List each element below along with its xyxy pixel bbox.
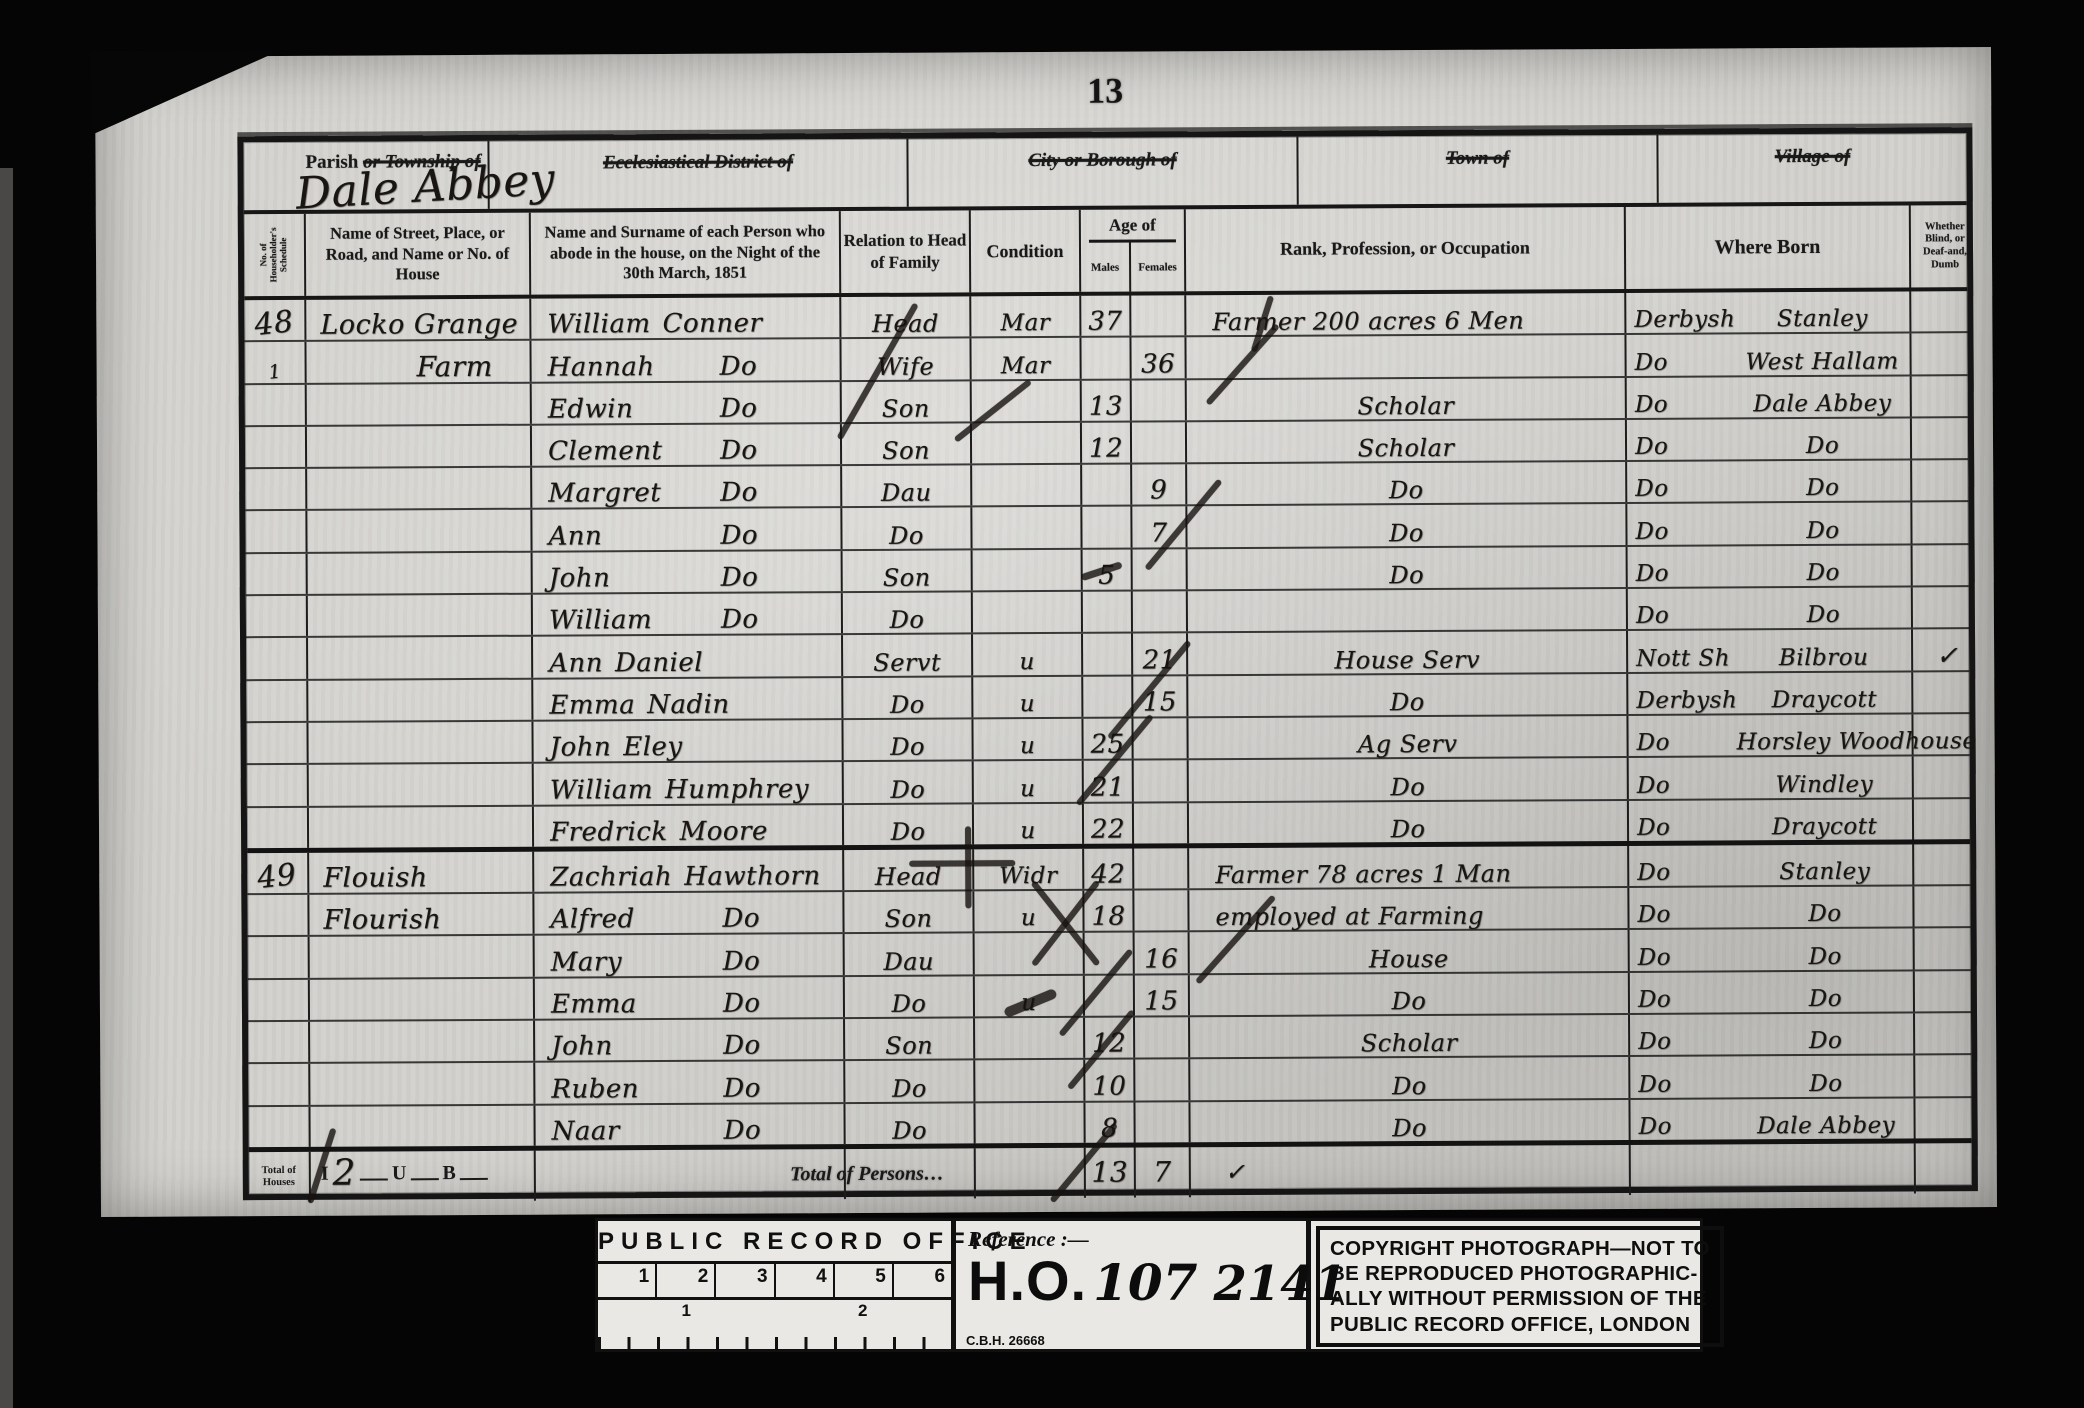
cell-address: Locko Grange xyxy=(306,299,531,340)
cell-age-male xyxy=(1082,465,1132,506)
film-edge xyxy=(0,168,13,1408)
inch-mark: 5 xyxy=(833,1264,892,1297)
cell-name: WilliamDo xyxy=(533,593,843,635)
cbh-number: C.B.H. 26668 xyxy=(966,1333,1045,1348)
cell-born: DoDo xyxy=(1627,503,1912,545)
cell-address xyxy=(310,1063,535,1104)
cell-name: EmmaDo xyxy=(535,977,845,1019)
cell-born: DoDo xyxy=(1630,1014,1915,1056)
cell-age-male: 25 xyxy=(1083,719,1133,760)
cell-address xyxy=(308,679,533,720)
cell-age-female: 16 xyxy=(1135,933,1190,974)
town-label: Town of xyxy=(1446,148,1509,170)
cell-relation: Wife xyxy=(841,339,971,380)
cell-occupation: Do xyxy=(1189,801,1629,844)
cell-age-male xyxy=(1082,507,1132,548)
building-letter: B xyxy=(442,1162,455,1185)
col-header-schedule: No. of Householder's Schedule xyxy=(244,214,306,296)
cell-address xyxy=(307,468,532,509)
cell-relation: Do xyxy=(844,762,974,803)
cell-schedule xyxy=(246,596,308,637)
cell-address xyxy=(310,978,535,1019)
col-header-females: Females xyxy=(1131,242,1184,291)
ruled-space xyxy=(360,1166,388,1180)
cell-address xyxy=(308,595,533,636)
cell-age-female xyxy=(1132,422,1187,463)
ruler-inches: 1 2 3 4 5 6 xyxy=(598,1261,951,1297)
cell-age-female: 9 xyxy=(1132,464,1187,505)
cell-schedule xyxy=(248,980,310,1021)
cell-born: DoDo xyxy=(1627,418,1912,460)
cell-remark xyxy=(1914,756,1982,797)
cell-remark xyxy=(1915,1013,1983,1054)
cell-remark xyxy=(1913,714,1981,755)
cell-born: DerbyshDraycott xyxy=(1628,672,1913,714)
cell-relation: Do xyxy=(845,976,975,1017)
cell-name: AnnDo xyxy=(532,509,842,551)
cell-relation: Do xyxy=(845,1061,975,1102)
cell-name: ZachriahHawthorn xyxy=(534,850,844,892)
cell-address xyxy=(310,936,535,977)
cell-age-male: 12 xyxy=(1082,422,1132,463)
cell-age-female xyxy=(1133,591,1188,632)
pro-reference-strip: PUBLIC RECORD OFFICE 1 2 3 4 5 6 1 2 Ref… xyxy=(595,1218,1703,1352)
cell-occupation: Do xyxy=(1190,1100,1630,1143)
cell-address xyxy=(310,1021,535,1062)
cell-relation: Son xyxy=(843,550,973,591)
cell-age-female xyxy=(1134,761,1189,802)
cell-name: ClementDo xyxy=(532,424,842,466)
cell-condition: u xyxy=(975,976,1085,1017)
cell-remark xyxy=(1912,460,1980,501)
col-header-name: Name and Surname of each Person who abod… xyxy=(531,211,841,295)
cell-remark xyxy=(1911,291,1979,332)
col-header-relation: Relation to Head of Family xyxy=(841,210,971,293)
totals-persons-label-cell: Total of Persons… xyxy=(536,1149,846,1201)
cell-occupation: Scholar xyxy=(1190,1015,1630,1058)
cell-name: WilliamConner xyxy=(531,297,841,339)
cell-occupation: Do xyxy=(1187,504,1627,547)
cell-remark xyxy=(1913,587,1981,628)
cell-condition: u xyxy=(974,803,1084,844)
cell-remark xyxy=(1915,929,1983,970)
cell-remark xyxy=(1913,545,1981,586)
totals-houses-values: I 2 U B xyxy=(311,1151,536,1202)
cell-schedule xyxy=(246,681,308,722)
column-header-row: No. of Householder's Schedule Name of St… xyxy=(244,205,1967,300)
district-label: Ecclesiastical District of xyxy=(603,151,793,174)
cell-address xyxy=(308,637,533,678)
cell-remark xyxy=(1914,844,1982,885)
cell-relation: Son xyxy=(844,892,974,933)
form-header-band: Parish or Township of Dale Abbey Ecclesi… xyxy=(243,133,1966,214)
cell-remark xyxy=(1912,376,1980,417)
cell-age-female xyxy=(1131,295,1186,336)
cell-relation: Dau xyxy=(845,934,975,975)
cell-remark xyxy=(1915,971,1983,1012)
cell-name: FredrickMoore xyxy=(534,805,844,847)
cell-condition xyxy=(972,423,1082,464)
cell-remark xyxy=(1914,799,1982,840)
cell-remark xyxy=(1912,503,1980,544)
copyright-line: ALLY WITHOUT PERMISSION OF THE xyxy=(1330,1286,1710,1311)
cell-age-male: 8 xyxy=(1085,1102,1135,1143)
cell-age-female: 36 xyxy=(1131,338,1186,379)
cell-occupation: Farmer 200 acres 6 Men xyxy=(1186,293,1626,336)
cell-name: RubenDo xyxy=(535,1061,845,1103)
cell-condition xyxy=(972,465,1082,506)
totals-check-cell: ✓ xyxy=(1191,1145,1631,1197)
parish-cell: Parish or Township of Dale Abbey xyxy=(243,141,489,210)
cell-age-female xyxy=(1135,1102,1190,1143)
ruled-space xyxy=(460,1166,488,1180)
cell-occupation xyxy=(1188,589,1628,632)
col-header-born: Where Born xyxy=(1626,205,1911,288)
census-page: 13 Parish or Township of Dale Abbey Eccl… xyxy=(95,47,1997,1217)
totals-houses-label: Total of Houses xyxy=(249,1152,311,1202)
cell-born: DoDo xyxy=(1630,1056,1915,1098)
cell-schedule xyxy=(247,895,309,936)
cell-schedule xyxy=(246,723,308,764)
reference-ho: H.O. xyxy=(968,1248,1087,1313)
cell-condition: Widr xyxy=(974,849,1084,890)
cell-born: DoDale Abbey xyxy=(1630,1098,1915,1140)
totals-females: 7 xyxy=(1136,1147,1191,1197)
pro-title: PUBLIC RECORD OFFICE xyxy=(598,1221,951,1261)
cell-remark xyxy=(1912,418,1980,459)
check-mark: ✓ xyxy=(1225,1160,1246,1184)
cell-name: EmmaNadin xyxy=(533,678,843,720)
cell-name: JohnDo xyxy=(533,551,843,593)
cell-born: Nott ShBilbrou xyxy=(1628,630,1913,672)
totals-relation-cell xyxy=(846,1148,976,1199)
cell-condition xyxy=(975,1060,1085,1101)
ruler-ticks xyxy=(598,1337,951,1352)
reference-piece: 2141 xyxy=(1214,1256,1348,1312)
cell-born: DoDo xyxy=(1629,887,1914,929)
cell-born: DoDo xyxy=(1628,545,1913,587)
cell-schedule xyxy=(245,427,307,468)
cell-born: DoDo xyxy=(1627,461,1912,503)
cell-occupation: Do xyxy=(1190,973,1630,1016)
cell-remark xyxy=(1915,1098,1983,1139)
cell-relation: Do xyxy=(843,677,973,718)
cell-condition xyxy=(973,550,1083,591)
cell-address: Flouish xyxy=(309,852,534,893)
city-label: City or Borough of xyxy=(1028,149,1176,172)
cell-occupation: Ag Serv xyxy=(1188,716,1628,759)
copyright-line: PUBLIC RECORD OFFICE, LONDON xyxy=(1330,1312,1710,1337)
cell-condition: u xyxy=(973,719,1083,760)
paper-corner-shadow xyxy=(91,50,281,135)
pro-reference-section: Reference :— H.O. 107 2141 C.B.H. 26668 xyxy=(956,1221,1311,1352)
cell-age-male: 10 xyxy=(1085,1060,1135,1101)
cell-occupation: employed at Farming xyxy=(1189,888,1629,931)
cell-age-female xyxy=(1132,380,1187,421)
copyright-box: COPYRIGHT PHOTOGRAPH—NOT TO BE REPRODUCE… xyxy=(1316,1226,1724,1347)
cell-address xyxy=(310,1105,535,1146)
census-table: Parish or Township of Dale Abbey Ecclesi… xyxy=(237,127,1978,1200)
cell-name: HannahDo xyxy=(531,339,841,381)
cell-schedule xyxy=(246,554,308,595)
cell-name: JohnDo xyxy=(535,1019,845,1061)
cell-remark xyxy=(1913,672,1981,713)
cell-schedule xyxy=(247,765,309,806)
cell-condition: u xyxy=(974,761,1084,802)
copyright-line: COPYRIGHT PHOTOGRAPH—NOT TO xyxy=(1330,1236,1710,1261)
cell-age-male xyxy=(1083,676,1133,717)
cell-condition: u xyxy=(973,676,1083,717)
col-header-infirm: Whether Blind, or Deaf-and, Dumb xyxy=(1911,205,1979,287)
census-rows: 48Locko GrangeWilliamConnerHeadMar37Farm… xyxy=(244,291,1971,1152)
cell-occupation: Do xyxy=(1188,674,1628,717)
cell-remark: ✓ xyxy=(1913,629,1981,670)
cell-relation: Son xyxy=(845,1018,975,1059)
cell-age-female xyxy=(1134,848,1189,889)
totals-infirm-cell xyxy=(1916,1143,1984,1193)
cell-condition: Mar xyxy=(971,338,1081,379)
inch-mark: 1 xyxy=(598,1264,655,1297)
col-header-males: Males xyxy=(1081,243,1131,292)
cell-remark xyxy=(1914,886,1982,927)
cell-name: MargretDo xyxy=(532,466,842,508)
cell-schedule xyxy=(247,807,309,848)
cell-schedule: 48 xyxy=(244,300,306,341)
cell-born: DoDo xyxy=(1628,588,1913,630)
cell-occupation: Scholar xyxy=(1187,420,1627,463)
cell-born: DoHorsley Woodhouse xyxy=(1628,714,1913,756)
cell-schedule xyxy=(248,1106,310,1147)
cell-age-female xyxy=(1134,803,1189,844)
cell-occupation: Do xyxy=(1189,758,1629,801)
col-header-condition: Condition xyxy=(971,210,1081,293)
cell-relation: Do xyxy=(842,508,972,549)
cell-age-male xyxy=(1081,338,1131,379)
cell-name: NaarDo xyxy=(535,1104,845,1146)
cell-age-male: 37 xyxy=(1081,296,1131,337)
uninhabited-letter: U xyxy=(392,1162,407,1185)
cell-born: DoDale Abbey xyxy=(1627,376,1912,418)
cell-address xyxy=(307,426,532,467)
cell-relation: Son xyxy=(842,423,972,464)
page-number: 13 xyxy=(1087,70,1123,112)
cell-condition xyxy=(975,933,1085,974)
cell-occupation: Farmer 78 acres 1 Man xyxy=(1189,846,1629,889)
cell-age-female xyxy=(1135,1060,1190,1101)
cell-occupation: House xyxy=(1190,930,1630,973)
totals-condition-cell xyxy=(976,1148,1086,1199)
cell-occupation: Do xyxy=(1190,1057,1630,1100)
cell-condition xyxy=(975,1102,1085,1143)
inch-mark: 4 xyxy=(774,1264,833,1297)
cell-condition: Mar xyxy=(971,296,1081,337)
cell-name: WilliamHumphrey xyxy=(534,762,844,804)
inch-mark: 6 xyxy=(892,1264,951,1297)
cell-schedule xyxy=(245,511,307,552)
tally-stroke xyxy=(965,826,971,908)
cell-born: DoDo xyxy=(1630,971,1915,1013)
cell-remark xyxy=(1915,1055,1983,1096)
cell-address xyxy=(307,510,532,551)
cell-age-male: 13 xyxy=(1082,380,1132,421)
cell-name: JohnEley xyxy=(533,720,843,762)
cell-occupation: Do xyxy=(1187,462,1627,505)
cell-born: DerbyshStanley xyxy=(1626,291,1911,333)
cell-name: AlfredDo xyxy=(534,892,844,934)
cell-born: DoDo xyxy=(1630,929,1915,971)
cell-schedule xyxy=(248,1064,310,1105)
cell-relation: Do xyxy=(845,1103,975,1144)
cell-condition xyxy=(972,507,1082,548)
ruler-halves: 1 2 xyxy=(598,1297,951,1352)
cell-occupation: House Serv xyxy=(1188,631,1628,674)
cell-name: AnnDaniel xyxy=(533,635,843,677)
microfilm-photo: 13 Parish or Township of Dale Abbey Eccl… xyxy=(0,0,2084,1408)
village-label: Village of xyxy=(1775,146,1851,168)
cell-relation: Do xyxy=(844,804,974,845)
reference-class: 107 xyxy=(1093,1253,1197,1312)
cell-address xyxy=(307,383,532,424)
col-header-street: Name of Street, Place, or Road, and Name… xyxy=(306,213,531,296)
col-header-age: Age of Males Females xyxy=(1081,209,1186,292)
cell-age-male xyxy=(1083,634,1133,675)
cell-relation: Dau xyxy=(842,466,972,507)
cell-schedule xyxy=(248,937,310,978)
cell-age-male: 18 xyxy=(1084,891,1134,932)
cell-condition: u xyxy=(973,634,1083,675)
cell-age-female: 15 xyxy=(1135,975,1190,1016)
cell-condition xyxy=(973,592,1083,633)
pro-ruler-section: PUBLIC RECORD OFFICE 1 2 3 4 5 6 1 2 xyxy=(598,1221,956,1352)
cell-address xyxy=(309,764,534,805)
cell-name: MaryDo xyxy=(535,935,845,977)
cell-age-male: 22 xyxy=(1084,803,1134,844)
totals-born-cell xyxy=(1631,1143,1916,1194)
ruled-space xyxy=(410,1166,438,1180)
cell-remark xyxy=(1911,333,1979,374)
tally-stroke xyxy=(909,860,1015,867)
cell-schedule xyxy=(245,469,307,510)
inch-mark: 3 xyxy=(714,1264,773,1297)
cell-schedule xyxy=(245,384,307,425)
cell-occupation: Scholar xyxy=(1187,378,1627,421)
cell-born: DoWindley xyxy=(1629,757,1914,799)
cell-schedule: 1 xyxy=(244,342,306,383)
cell-schedule xyxy=(246,638,308,679)
reference-slash xyxy=(1199,1250,1212,1311)
cell-schedule xyxy=(248,1022,310,1063)
cell-born: DoStanley xyxy=(1629,844,1914,886)
pro-copyright-section: COPYRIGHT PHOTOGRAPH—NOT TO BE REPRODUCE… xyxy=(1311,1221,1729,1352)
cell-address xyxy=(309,806,534,847)
cell-born: DoDraycott xyxy=(1629,799,1914,841)
inhabited-total: 2 xyxy=(333,1156,357,1192)
cell-relation: Do xyxy=(843,719,973,760)
cell-schedule: 49 xyxy=(247,853,309,894)
cell-address xyxy=(308,552,533,593)
cell-age-female xyxy=(1135,1017,1190,1058)
col-header-occupation: Rank, Profession, or Occupation xyxy=(1186,207,1626,291)
cell-name: EdwinDo xyxy=(532,382,842,424)
cell-relation: Servt xyxy=(843,635,973,676)
cell-address: Farm xyxy=(306,341,531,382)
cell-born: DoWest Hallam xyxy=(1626,334,1911,376)
cell-relation: Head xyxy=(844,849,974,890)
cell-address: Flourish xyxy=(309,894,534,935)
cell-address xyxy=(308,722,533,763)
cell-occupation: Do xyxy=(1188,547,1628,590)
cell-age-male xyxy=(1083,592,1133,633)
copyright-line: BE REPRODUCED PHOTOGRAPHIC- xyxy=(1330,1261,1710,1286)
totals-row: Total of Houses I 2 U B Total of Persons… xyxy=(249,1143,1972,1202)
inch-mark: 2 xyxy=(655,1264,714,1297)
cell-relation: Do xyxy=(843,592,973,633)
cell-age-female xyxy=(1134,890,1189,931)
col-header-age-label: Age of xyxy=(1089,209,1176,242)
